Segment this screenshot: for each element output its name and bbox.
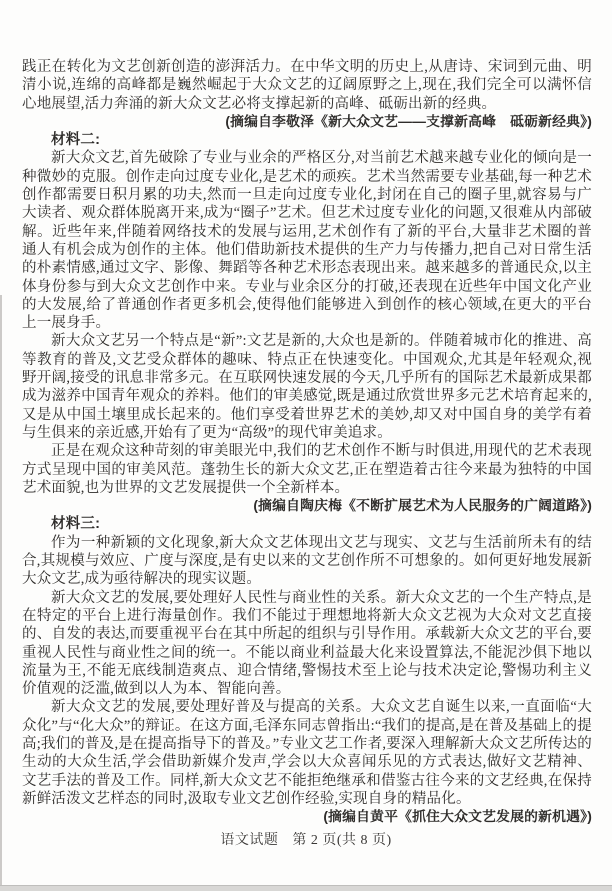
- citation-material2: (摘编自陶庆梅《不断扩展艺术为人民服务的广阔道路》): [22, 497, 592, 515]
- material2-paragraph-1: 新大众文艺,首先破除了专业与业余的严格区分,对当前艺术越来越专业化的倾向是一种微…: [22, 149, 592, 332]
- material2-heading: 材料二:: [22, 131, 592, 149]
- scan-artifact-bottom-edge: [0, 885, 612, 891]
- material3-paragraph-3: 新大众文艺的发展,要处理好普及与提高的关系。大众文艺自诞生以来,一直面临“大众化…: [22, 698, 592, 808]
- citation-material1: (摘编自李敬泽《新大众文艺——支撑新高峰 砥砺新经典》): [22, 113, 592, 131]
- material3-paragraph-1: 作为一种新颖的文化现象,新大众文艺体现出文艺与现实、文艺与生活前所未有的结合,其…: [22, 534, 592, 589]
- material3-paragraph-2: 新大众文艺的发展,要处理好人民性与商业性的关系。新大众文艺的一个生产特点,是在特…: [22, 589, 592, 699]
- scan-artifact-left-edge: [0, 295, 2, 891]
- document-body: 践正在转化为文艺创新创造的澎湃活力。在中华文明的历史上,从唐诗、宋词到元曲、明清…: [22, 58, 592, 826]
- footer-page-number: 第 2 页(共 8 页): [292, 833, 391, 848]
- exam-paper-page: 践正在转化为文艺创新创造的澎湃活力。在中华文明的历史上,从唐诗、宋词到元曲、明清…: [0, 0, 612, 891]
- material3-heading: 材料三:: [22, 515, 592, 533]
- material2-paragraph-3: 正是在观众这种苛刻的审美眼光中,我们的艺术创作不断与时俱进,用现代的艺术表现方式…: [22, 442, 592, 497]
- page-footer: 语文试题第 2 页(共 8 页): [0, 829, 612, 849]
- footer-exam-title: 语文试题: [220, 833, 278, 848]
- material2-paragraph-2: 新大众文艺另一个特点是“新”:文艺是新的,大众也是新的。伴随着城市化的推进、高等…: [22, 332, 592, 442]
- citation-material3: (摘编自黄平《抓住大众文艺发展的新机遇》): [22, 808, 592, 826]
- continuation-paragraph: 践正在转化为文艺创新创造的澎湃活力。在中华文明的历史上,从唐诗、宋词到元曲、明清…: [22, 58, 592, 113]
